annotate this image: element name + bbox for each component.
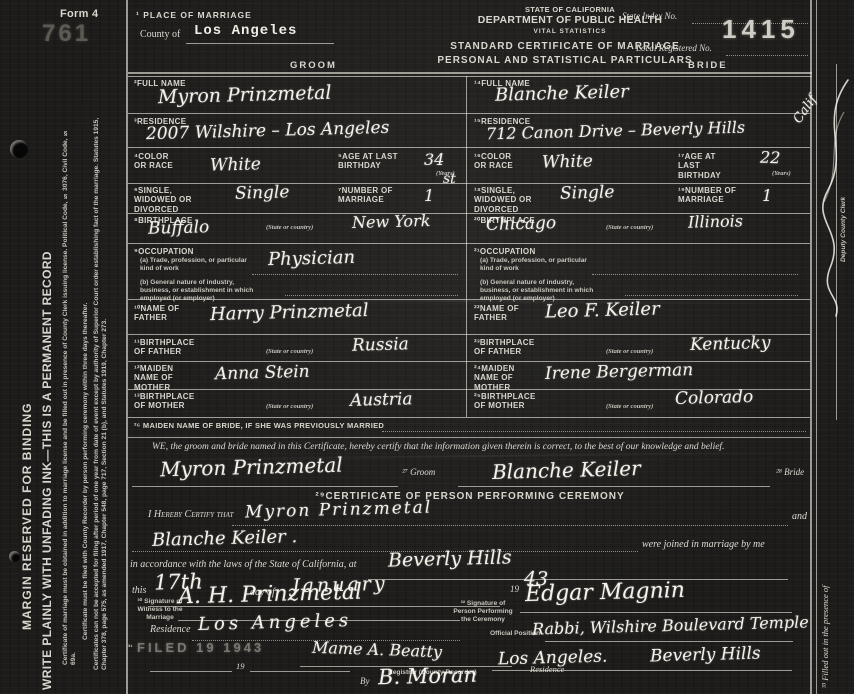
rule [128,417,810,418]
groom-father-label: ¹⁰NAME OF FATHER [134,304,180,323]
rule [128,361,810,362]
bride-mother-state-note: (State or country) [606,403,653,410]
ceremony-groom-name: Myron Prinzmetal [245,498,433,523]
bride-occupation-a-label: (a) Trade, profession, or particular kin… [480,257,592,273]
bride-birthplace-city: Chicago [486,213,557,235]
maiden-name-previous-label: ²⁶ MAIDEN NAME OF BRIDE, IF SHE WAS PREV… [134,422,384,431]
bride-color-label: ¹⁶COLOR OR RACE [474,152,518,171]
bride-birthplace-state: Illinois [688,211,743,231]
rule [458,486,770,487]
rule [128,72,812,74]
year-printed-label: 19 [510,584,519,594]
rule [128,437,810,438]
groom-full-name-value: Myron Prinzmetal [158,82,332,109]
local-registered-stamp: 1415 [722,14,800,45]
groom-mother-birthplace-label: ¹³BIRTHPLACE OF MOTHER [134,392,190,411]
file-number-stamp: 761 [42,20,91,48]
performer-signature-label: ³² Signature of Person Performing the Ce… [452,600,514,625]
groom-marriage-number-label: ⁷NUMBER OF MARRIAGE [338,186,398,205]
groom-father-birthplace-value: Russia [352,334,409,355]
witness-residence-label: Residence [150,624,191,635]
groom-color-value: White [210,154,261,175]
groom-single-label: ⁶SINGLE, WIDOWED OR DIVORCED [134,186,194,214]
bride-single-value: Single [560,182,615,203]
groom-birthplace-state: New York [352,211,431,232]
groom-column-header: GROOM [290,60,337,71]
rule [232,525,788,526]
groom-marriage-number-value: 1 [424,186,434,205]
rule [128,76,812,77]
groom-mother-birthplace-value: Austria [350,389,413,411]
bride-father-birthplace-value: Kentucky [690,333,771,355]
rule [128,147,810,148]
filed-stamp: FILED 19 1943 [137,640,264,655]
rule [285,295,458,296]
bride-column-header: BRIDE [688,60,728,71]
bride-father-birthplace-label: ²³BIRTHPLACE OF FATHER [474,338,530,357]
rule [625,295,798,296]
bride-signature-label: ²⁸ Bride [776,467,804,477]
this-label: this [132,585,146,596]
county-label: County of [140,29,180,40]
deputy-clerk-signature [806,72,852,322]
rule [250,671,350,672]
place-of-marriage-label: ¹ PLACE OF MARRIAGE [136,10,252,20]
margin-statute-note-3: Certificates can not be accepted for fil… [93,110,109,670]
bride-mother-birthplace-value: Colorado [675,387,754,409]
groom-occupation-b-label: (b) General nature of industry, business… [140,279,262,304]
bride-mother-label: ²⁴MAIDEN NAME OF MOTHER [474,364,524,392]
certificate-photostat: MARGIN RESERVED FOR BINDING WRITE PLAINL… [0,0,854,694]
groom-signature-label: ²⁷ Groom [402,467,435,477]
rule [520,612,792,613]
witness-residence-value: Los Angeles [198,610,353,635]
bride-marriage-number-label: ¹⁹NUMBER OF MARRIAGE [678,186,738,205]
groom-birthplace-city: Buffalo [148,217,210,239]
official-position-value: Rabbi, Wilshire Boulevard Temple [532,612,809,638]
groom-single-value: Single [235,182,290,203]
bride-mother-value: Irene Bergerman [545,360,694,384]
groom-father-birthplace-label: ¹¹BIRTHPLACE OF FATHER [134,338,190,357]
groom-mother-state-note: (State or country) [266,403,313,410]
groom-occupation-label: ⁹OCCUPATION [134,247,194,256]
groom-mother-label: ¹²MAIDEN NAME OF MOTHER [134,364,184,392]
groom-father-value: Harry Prinzmetal [210,300,369,325]
rule [186,43,334,44]
state-index-label: State Index No. [622,11,677,21]
performer-residence2-value: Beverly Hills [650,644,761,667]
rule [545,641,793,642]
rule [128,243,810,244]
year-blank-label: 19 [236,661,245,671]
binder-hole [10,140,28,158]
groom-state-note: (State or country) [266,224,313,231]
rule [128,183,810,184]
rule [132,486,398,487]
rule [252,274,458,275]
by-label: By [360,676,370,686]
rule [128,113,810,114]
bride-color-value: White [542,151,593,172]
rule [150,671,232,672]
bride-father-label: ²²NAME OF FATHER [474,304,520,323]
groom-mother-value: Anna Stein [215,362,310,384]
certificate-subtitle: PERSONAL AND STATISTICAL PARTICULARS [405,55,725,67]
deputy-registrar-signature: B. Moran [378,663,478,690]
performer-signature: Edgar Magnin [525,578,686,607]
groom-father-state-note: (State or country) [266,348,313,355]
rule [592,274,798,275]
column-divider [466,76,467,417]
margin-permanent-record-note: WRITE PLAINLY WITH UNFADING INK—THIS IS … [40,130,54,690]
bride-father-state-note: (State or country) [606,348,653,355]
bride-father-value: Leo F. Keiler [545,299,660,323]
margin-binding-note: MARGIN RESERVED FOR BINDING [20,290,34,630]
form-border-left [126,0,128,694]
groom-age-label: ⁵AGE AT LAST BIRTHDAY [338,152,400,171]
ceremony-bride-name: Blanche Keiler . [152,526,298,551]
vital-statistics-heading: VITAL STATISTICS [420,28,720,36]
county-value: Los Angeles [194,23,297,39]
registrar-signature: Mame A. Beatty [312,638,443,662]
rule [726,55,808,56]
bride-age-value: 22 [760,148,781,168]
bride-state-note: (State or country) [606,224,653,231]
performer-residence-label: Residence [530,664,564,674]
groom-occupation-a-value: Physician [268,247,356,270]
hereby-certify-label: I Hereby Certify that [148,509,234,520]
bride-occupation-label: ²¹OCCUPATION [474,247,536,256]
ceremony-place-value: Beverly Hills [388,546,512,571]
groom-age-value: 34 [424,150,444,169]
groom-occupation-a-label: (a) Trade, profession, or particular kin… [140,257,252,273]
rule [492,670,792,671]
bride-mother-birthplace-label: ²⁵BIRTHPLACE OF MOTHER [474,392,530,411]
margin-statute-note-1: Certificate of marriage must be obtained… [62,120,78,665]
bride-marriage-number-value: 1 [762,186,772,205]
groom-color-label: ⁴COLOR OR RACE [134,152,178,171]
binder-hole [9,551,20,562]
witness-signature: A. H. Prinzmetal [178,580,363,610]
groom-marriage-number-suffix: st [443,171,456,187]
groom-signature: Myron Prinzmetal [160,453,343,482]
and-label: and [792,511,807,522]
rule [132,551,638,552]
rule [382,431,806,432]
couple-certification-statement: WE, the groom and bride named in this Ce… [130,441,802,454]
local-registered-label: Local Registered No. [636,43,712,53]
bride-single-label: ¹⁸SINGLE, WIDOWED OR DIVORCED [474,186,536,214]
joined-in-marriage-label: were joined in marriage by me [642,539,765,550]
bride-age-label: ¹⁷AGE AT LAST BIRTHDAY [678,152,740,180]
bride-full-name-value: Blanche Keiler [495,81,629,105]
accordance-label: in accordance with the laws of the State… [130,559,357,570]
margin-statute-note-2: Certificate must be filed with County Re… [82,170,90,640]
bride-years-note: (Years) [772,170,791,177]
filled-out-presence-label: ³³ Filled out in the presence of [820,368,830,688]
filed-stamp-number: ³¹ [128,644,132,652]
bride-signature: Blanche Keiler [492,456,641,484]
